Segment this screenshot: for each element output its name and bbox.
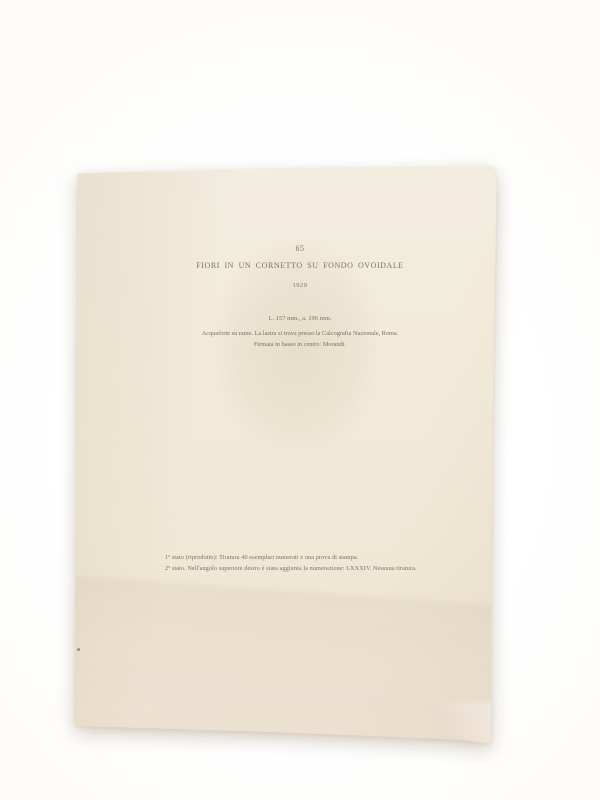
catalog-page-sheet: 65 FIORI IN UN CORNETTO SU FONDO OVOIDAL… <box>69 160 505 752</box>
paper-corner-curl-highlight <box>409 702 499 748</box>
artwork-year: 1929 <box>95 282 505 289</box>
catalog-page-shadow-wrap: 65 FIORI IN UN CORNETTO SU FONDO OVOIDAL… <box>0 0 600 800</box>
technique-line: Acquaforte su rame. La lastra si trova p… <box>95 330 505 337</box>
states-notes: 1º stato (riprodotto): Tiratura 40 esemp… <box>165 552 465 574</box>
state-note-second: 2º stato. Nell'angolo superiore destro è… <box>165 563 465 574</box>
dimensions-line: L. 157 mm., a. 196 mm. <box>95 315 505 322</box>
etching-showthrough-ghost <box>181 208 413 508</box>
state-note-first: 1º stato (riprodotto): Tiratura 40 esemp… <box>165 552 465 563</box>
paper-speck <box>77 648 80 651</box>
catalog-number: 65 <box>95 244 505 253</box>
signature-line: Firmata in basso in centro: Morandi. <box>95 341 505 348</box>
artwork-title: FIORI IN UN CORNETTO SU FONDO OVOIDALE <box>95 261 505 270</box>
photograph-background: 65 FIORI IN UN CORNETTO SU FONDO OVOIDAL… <box>0 0 600 800</box>
paper-crease-shading <box>43 575 554 789</box>
